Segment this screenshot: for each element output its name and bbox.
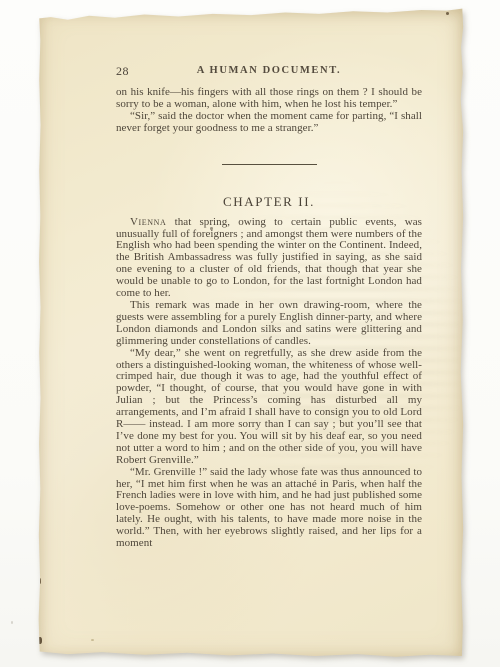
running-title: A HUMAN DOCUMENT. — [116, 65, 422, 76]
paragraph-doctor-quote: “Sir,” said the doctor when the moment c… — [116, 111, 422, 135]
book-page: 28 A HUMAN DOCUMENT. on his knife—his fi… — [38, 8, 464, 658]
ink-speck — [38, 578, 41, 584]
text-block: 28 A HUMAN DOCUMENT. on his knife—his fi… — [116, 65, 422, 550]
dust-speck — [11, 621, 13, 624]
ink-speck — [210, 227, 213, 230]
page-wrapper: 28 A HUMAN DOCUMENT. on his knife—his fi… — [38, 8, 464, 658]
paragraph-remark: This remark was made in her own drawing-… — [116, 300, 422, 348]
paragraph-vienna: Vienna that spring, owing to certain pub… — [116, 217, 422, 300]
chapter-heading: CHAPTER II. — [116, 194, 422, 209]
ink-speck — [446, 12, 449, 15]
page-header: 28 A HUMAN DOCUMENT. — [116, 65, 422, 78]
paper-blemish — [91, 639, 94, 641]
lead-word-small-caps: Vienna — [130, 216, 166, 228]
paragraph-continuation: on his knife—his fingers with all those … — [116, 87, 422, 111]
scan-background: 28 A HUMAN DOCUMENT. on his knife—his fi… — [0, 0, 500, 667]
paragraph-vienna-text: that spring, owing to certain public eve… — [116, 216, 422, 299]
ink-speck — [38, 637, 42, 644]
page-number: 28 — [116, 64, 129, 79]
paragraph-my-dear: “My dear,” she went on regretfully, as s… — [116, 348, 422, 467]
paragraph-mr-grenville: “Mr. Grenville !” said the lady whose fa… — [116, 467, 422, 550]
section-divider-rule — [222, 164, 317, 165]
